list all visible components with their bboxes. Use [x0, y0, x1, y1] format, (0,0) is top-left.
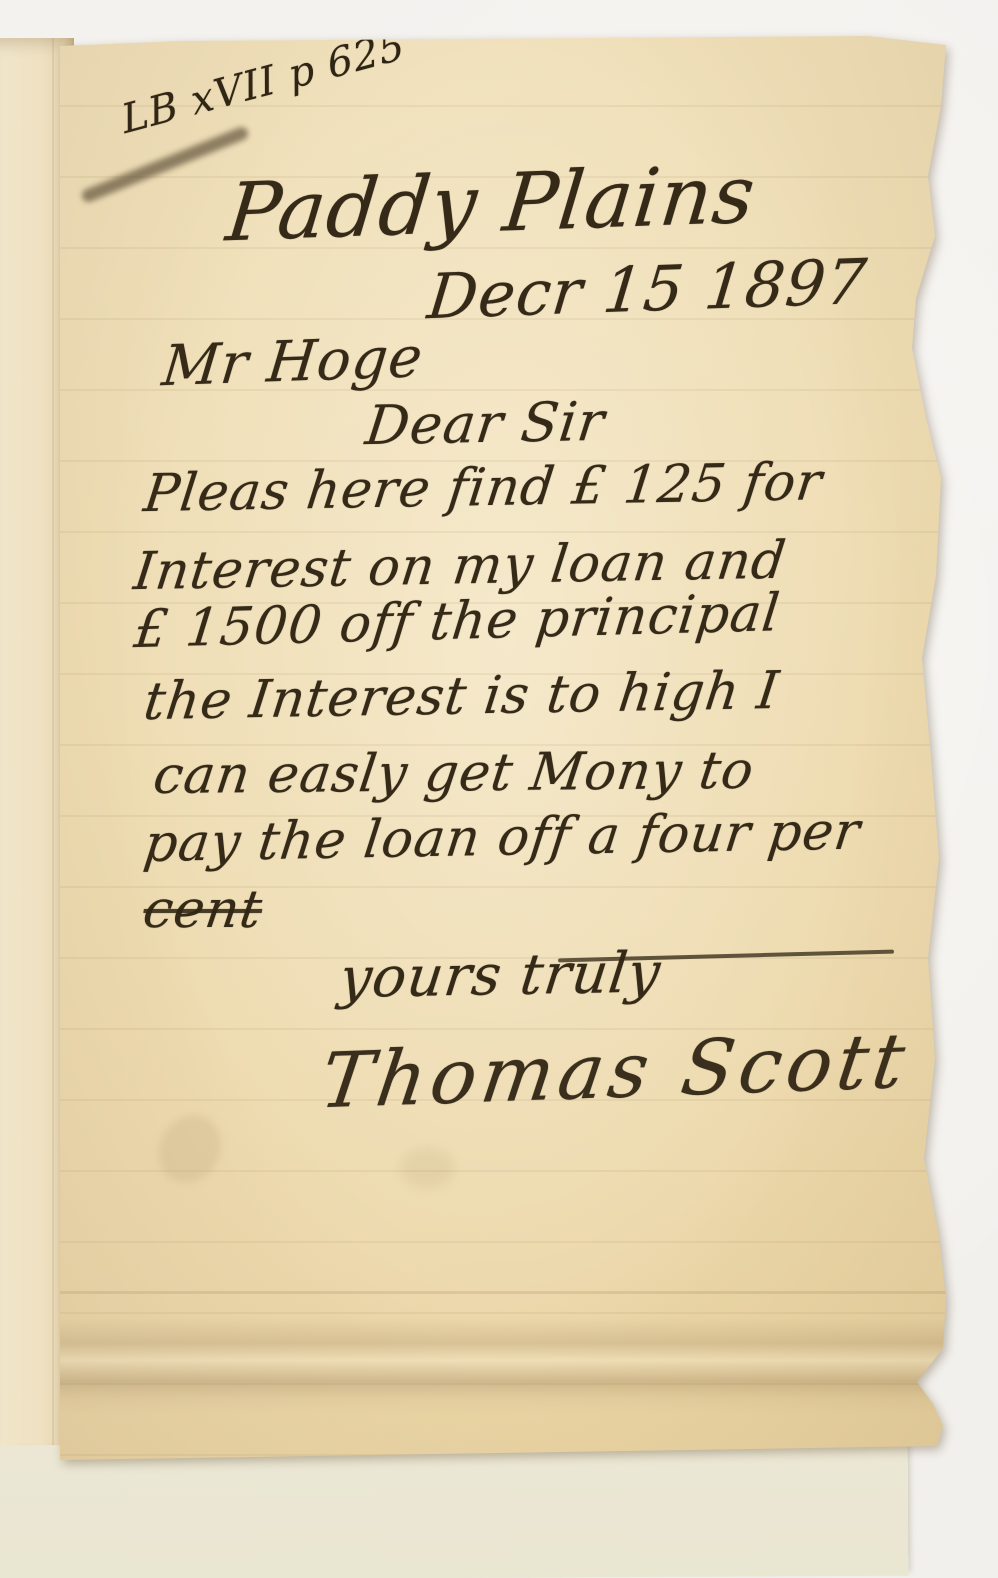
closing-line: yours truly: [336, 940, 665, 1011]
fold-line: [60, 1291, 950, 1294]
body-line: can easly get Mony to: [150, 741, 758, 806]
body-line-crossed-out: cent: [140, 880, 267, 940]
ink-smear: [80, 125, 250, 204]
salutation-line: Dear Sir: [362, 390, 608, 457]
paper-stain: [400, 1148, 455, 1188]
under-sheet-bottom: [0, 1441, 908, 1578]
date-line: Decr 15 1897: [424, 245, 870, 334]
body-line: £ 1500 off the principal: [131, 583, 783, 660]
fold-crease: [60, 1318, 950, 1414]
scan-background: LB xVII p 625 Paddy Plains Decr 15 1897 …: [0, 0, 998, 1578]
archival-note: LB xVII p 625: [118, 22, 409, 143]
body-line: pay the loan off a four per: [141, 802, 864, 875]
signature: Thomas Scott: [315, 1015, 915, 1125]
place-line: Paddy Plains: [222, 148, 760, 260]
paper-stain: [147, 1104, 234, 1195]
letter-page: LB xVII p 625 Paddy Plains Decr 15 1897 …: [60, 36, 950, 1460]
body-line: Interest on my loan and: [131, 531, 790, 603]
crossed-out-word: cent: [140, 880, 267, 940]
recipient-line: Mr Hoge: [159, 325, 426, 399]
letter-page-wrap: LB xVII p 625 Paddy Plains Decr 15 1897 …: [60, 36, 950, 1460]
pen-stroke: [558, 950, 894, 963]
body-line: Pleas here find £ 125 for: [141, 452, 826, 524]
body-line: the Interest is to high I: [141, 661, 783, 732]
